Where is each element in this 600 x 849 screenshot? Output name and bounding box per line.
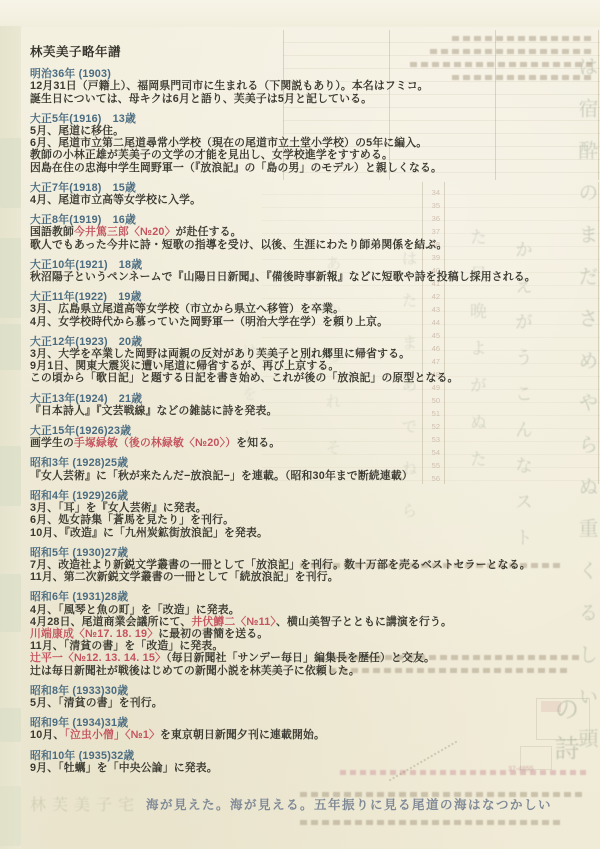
line-text: を知る。 <box>236 437 280 449</box>
line-text: 11月、「清貧の書」を「改造」に発表。 <box>30 640 223 652</box>
entry-line: 『女人芸術』に「秋が来たんだ−放浪記−」を連載。（昭和30年まで断続連載） <box>30 470 582 482</box>
edge-shade <box>0 446 21 506</box>
line-text: 6月、尾道市立第二尾道尋常小学校（現在の尾道市立土堂小学校）の5年に編入。 <box>30 137 427 149</box>
line-text: この頃から「歌日記」と題する日記を書き始め、これが後の「放浪記」の原型となる。 <box>30 372 458 384</box>
entry-line: 辻平一〈№12. 13. 14. 15〉（毎日新聞社「サンデー毎日」編集長を歴任… <box>30 652 582 664</box>
line-text: 辻は毎日新聞社が戦後はじめての新聞小説を林芙美子に依頼した。 <box>30 665 360 677</box>
show-through-table-line <box>598 30 599 180</box>
line-text: 4月、尾道市立高等女学校に入学。 <box>30 194 201 206</box>
entry-line: 辻は毎日新聞社が戦後はじめての新聞小説を林芙美子に依頼した。 <box>30 665 582 677</box>
entry-line: 4月28日、尾道商業会議所にて、井伏鱒二〈№11〉、横山美智子とともに講演を行う… <box>30 616 582 628</box>
entry-line: 11月、第二次新鋭文学叢書の一冊として「続放浪記」を刊行。 <box>30 571 582 583</box>
entry-line: 7月、改造社より新鋭文学叢書の一冊として「放浪記」を刊行。数十万部を売るベストセ… <box>30 559 582 571</box>
chronology-entry: 昭和3年 (1928)25歳『女人芸術』に「秋が来たんだ−放浪記−」を連載。（昭… <box>30 457 582 481</box>
entry-line: 川端康成〈№17. 18. 19〉に最初の書簡を送る。 <box>30 628 582 640</box>
entry-year-heading: 大正11年(1922) 19歳 <box>30 291 582 303</box>
chronology-entry: 大正10年(1921) 18歳秋沼陽子というペンネームで『山陽日日新聞』、『備後… <box>30 259 582 283</box>
entry-line: 11月、「清貧の書」を「改造」に発表。 <box>30 640 582 652</box>
edge-shade <box>0 708 21 742</box>
scan-edge-strip <box>0 26 21 849</box>
entry-year-heading: 大正10年(1921) 18歳 <box>30 259 582 271</box>
entry-year-heading: 昭和5年 (1930)27歳 <box>30 547 582 559</box>
chronology-entry: 大正8年(1919) 16歳国語教師今井篤三郎〈№20〉が赴任する。歌人でもあっ… <box>30 214 582 251</box>
line-text: 教師の小林正雄が芙美子の文学の才能を見出し、女学校進学をすすめる。 <box>30 149 393 161</box>
chronology-entry: 大正7年(1918) 15歳4月、尾道市立高等女学校に入学。 <box>30 182 582 206</box>
exhibit-reference: 辻平一〈№12. 13. 14. 15〉 <box>30 652 166 664</box>
line-text: 誕生日については、母キクは6月と語り、芙美子は5月と記している。 <box>30 93 372 105</box>
line-text: 9月、「牡蠣」を「中央公論」に発表。 <box>30 762 218 774</box>
entry-line: この頃から「歌日記」と題する日記を書き始め、これが後の「放浪記」の原型となる。 <box>30 372 582 384</box>
chronology-entry: 大正5年(1916) 13歳5月、尾道に移住。6月、尾道市立第二尾道尋常小学校（… <box>30 113 582 174</box>
entry-line: 10月、『改造』に「九州炭鉱街放浪記」を発表。 <box>30 527 582 539</box>
entry-year-heading: 大正12年(1923) 20歳 <box>30 336 582 348</box>
exhibit-reference: 手塚緑敏（後の林緑敏〈№20〉） <box>74 437 236 449</box>
entry-year-heading: 昭和9年 (1934)31歳 <box>30 717 582 729</box>
entry-year-heading: 大正7年(1918) 15歳 <box>30 182 582 194</box>
line-text: 6月、処女詩集「蒼馬を見たり」を刊行。 <box>30 514 234 526</box>
line-text: 10月、『改造』に「九州炭鉱街放浪記」を発表。 <box>30 527 268 539</box>
entry-line: 国語教師今井篤三郎〈№20〉が赴任する。 <box>30 226 582 238</box>
chronology-entry: 明治36年 (1903)12月31日（戸籍上）、福岡県門司市に生まれる（下関説も… <box>30 68 582 105</box>
entry-year-heading: 大正5年(1916) 13歳 <box>30 113 582 125</box>
chronology-entry: 昭和10年 (1935)32歳9月、「牡蠣」を「中央公論」に発表。 <box>30 750 582 774</box>
line-text: 5月、尾道に移住。 <box>30 125 124 137</box>
show-through-text-row <box>452 36 592 41</box>
entry-line: 『日本詩人』『文芸戦線』などの雑誌に詩を発表。 <box>30 405 582 417</box>
exhibit-reference: 「泣虫小僧」〈№1〉 <box>64 729 160 741</box>
entry-line: 誕生日については、母キクは6月と語り、芙美子は5月と記している。 <box>30 93 582 105</box>
line-text: 画学生の <box>30 437 74 449</box>
entry-line: 歌人でもあった今井に詩・短歌の指導を受け、以後、生涯にわたり師弟関係を結ぶ。 <box>30 239 582 251</box>
footer-caption: 海が見えた。海が見える。五年振りに見る尾道の海はなつかしい <box>146 795 552 813</box>
show-through-table-line <box>598 182 599 484</box>
line-text: 4月28日、尾道商業会議所にて、 <box>30 616 191 628</box>
line-text: 3月、広島県立尾道高等女学校（市立から県立へ移管）を卒業。 <box>30 303 344 315</box>
page-title: 林芙美子略年譜 <box>30 46 582 58</box>
entry-line: 4月、女学校時代から慕っていた岡野軍一（明治大学在学）を頼り上京。 <box>30 316 582 328</box>
exhibit-reference: 井伏鱒二〈№11〉 <box>191 616 276 628</box>
chronology-entry: 昭和8年 (1933)30歳5月、「清貧の書」を刊行。 <box>30 685 582 709</box>
edge-shade <box>0 238 21 318</box>
line-text: に最初の書簡を送る。 <box>158 628 268 640</box>
entry-line: 12月31日（戸籍上）、福岡県門司市に生まれる（下関説もあり）。本名はフミコ。 <box>30 80 582 92</box>
entry-line: 9月、「牡蠣」を「中央公論」に発表。 <box>30 762 582 774</box>
chronology-entry: 大正11年(1922) 19歳3月、広島県立尾道高等女学校（市立から県立へ移管）… <box>30 291 582 328</box>
line-text: 3月、大学を卒業した岡野は両親の反対があり芙美子と別れ郷里に帰省する。 <box>30 348 410 360</box>
document-page: 3435363738394041424344454647484950515253… <box>0 0 600 849</box>
chronology-entry: 昭和5年 (1930)27歳7月、改造社より新鋭文学叢書の一冊として「放浪記」を… <box>30 547 582 584</box>
line-text: 4月、女学校時代から慕っていた岡野軍一（明治大学在学）を頼り上京。 <box>30 316 388 328</box>
entry-line: 3月、広島県立尾道高等女学校（市立から県立へ移管）を卒業。 <box>30 303 582 315</box>
paper-top-band <box>0 0 600 27</box>
line-text: 因島在住の忠海中学生岡野軍一（『放浪記』の「島の男」のモデル）と親しくなる。 <box>30 162 442 174</box>
entry-line: 秋沼陽子というペンネームで『山陽日日新聞』、『備後時事新報』などに短歌や詩を投稿… <box>30 271 582 283</box>
chronology-entry: 大正15年(1926)23歳画学生の手塚緑敏（後の林緑敏〈№20〉）を知る。 <box>30 425 582 449</box>
edge-shade <box>0 574 21 632</box>
entry-year-heading: 大正13年(1924) 21歳 <box>30 393 582 405</box>
entry-year-heading: 大正8年(1919) 16歳 <box>30 214 582 226</box>
entry-line: 6月、処女詩集「蒼馬を見たり」を刊行。 <box>30 514 582 526</box>
entry-year-heading: 明治36年 (1903) <box>30 68 582 80</box>
line-text: 5月、「清貧の書」を刊行。 <box>30 697 163 709</box>
entry-line: 4月、尾道市立高等女学校に入学。 <box>30 194 582 206</box>
ghost-stamp-text: 林芙美子宅 <box>30 792 140 815</box>
edge-shade <box>0 324 21 370</box>
line-text: 11月、第二次新鋭文学叢書の一冊として「続放浪記」を刊行。 <box>30 571 339 583</box>
entry-line: 3月、大学を卒業した岡野は両親の反対があり芙美子と別れ郷里に帰省する。 <box>30 348 582 360</box>
line-text: 4月、「風琴と魚の町」を「改造」に発表。 <box>30 604 240 616</box>
line-text: 9月1日、関東大震災に遭い尾道に帰省するが、再び上京する。 <box>30 360 339 372</box>
entry-line: 5月、「清貧の書」を刊行。 <box>30 697 582 709</box>
line-text: 秋沼陽子というペンネームで『山陽日日新聞』、『備後時事新報』などに短歌や詩を投稿… <box>30 271 536 283</box>
line-text: 『女人芸術』に「秋が来たんだ−放浪記−」を連載。（昭和30年まで断続連載） <box>30 470 413 482</box>
entry-year-heading: 昭和8年 (1933)30歳 <box>30 685 582 697</box>
chronology-entry: 昭和9年 (1934)31歳10月、「泣虫小僧」〈№1〉を東京朝日新聞夕刊に連載… <box>30 717 582 741</box>
entry-year-heading: 昭和6年 (1931)28歳 <box>30 591 582 603</box>
line-text: 10月、 <box>30 729 64 741</box>
entry-line: 5月、尾道に移住。 <box>30 125 582 137</box>
entry-line: 10月、「泣虫小僧」〈№1〉を東京朝日新聞夕刊に連載開始。 <box>30 729 582 741</box>
line-text: 国語教師 <box>30 226 74 238</box>
exhibit-reference: 今井篤三郎〈№20〉 <box>74 226 176 238</box>
chronology-entry: 昭和6年 (1931)28歳4月、「風琴と魚の町」を「改造」に発表。4月28日、… <box>30 591 582 676</box>
entry-line: 因島在住の忠海中学生岡野軍一（『放浪記』の「島の男」のモデル）と親しくなる。 <box>30 162 582 174</box>
line-text: （毎日新聞社「サンデー毎日」編集長を歴任）と交友。 <box>166 652 435 664</box>
show-through-text-row <box>300 820 562 825</box>
entry-line: 教師の小林正雄が芙美子の文学の才能を見出し、女学校進学をすすめる。 <box>30 149 582 161</box>
edge-shade <box>0 786 21 846</box>
entry-line: 4月、「風琴と魚の町」を「改造」に発表。 <box>30 604 582 616</box>
line-text: 3月、「耳」を『女人芸術』に発表。 <box>30 502 207 514</box>
line-text: 12月31日（戸籍上）、福岡県門司市に生まれる（下関説もあり）。本名はフミコ。 <box>30 80 428 92</box>
chronology: 林芙美子略年譜 明治36年 (1903)12月31日（戸籍上）、福岡県門司市に生… <box>30 46 582 782</box>
entry-year-heading: 昭和10年 (1935)32歳 <box>30 750 582 762</box>
entry-line: 画学生の手塚緑敏（後の林緑敏〈№20〉）を知る。 <box>30 437 582 449</box>
line-text: 7月、改造社より新鋭文学叢書の一冊として「放浪記」を刊行。数十万部を売るベストセ… <box>30 559 531 571</box>
line-text: が赴任する。 <box>176 226 242 238</box>
entry-line: 3月、「耳」を『女人芸術』に発表。 <box>30 502 582 514</box>
entry-year-heading: 大正15年(1926)23歳 <box>30 425 582 437</box>
line-text: 歌人でもあった今井に詩・短歌の指導を受け、以後、生涯にわたり師弟関係を結ぶ。 <box>30 239 448 251</box>
line-text: 『日本詩人』『文芸戦線』などの雑誌に詩を発表。 <box>30 405 278 417</box>
entry-line: 6月、尾道市立第二尾道尋常小学校（現在の尾道市立土堂小学校）の5年に編入。 <box>30 137 582 149</box>
chronology-entry: 昭和4年 (1929)26歳3月、「耳」を『女人芸術』に発表。6月、処女詩集「蒼… <box>30 490 582 539</box>
exhibit-reference: 川端康成〈№17. 18. 19〉 <box>30 628 158 640</box>
entry-year-heading: 昭和4年 (1929)26歳 <box>30 490 582 502</box>
line-text: を東京朝日新聞夕刊に連載開始。 <box>160 729 325 741</box>
entry-line: 9月1日、関東大震災に遭い尾道に帰省するが、再び上京する。 <box>30 360 582 372</box>
chronology-entry: 大正13年(1924) 21歳『日本詩人』『文芸戦線』などの雑誌に詩を発表。 <box>30 393 582 417</box>
edge-shade <box>0 138 21 208</box>
chronology-entry: 大正12年(1923) 20歳3月、大学を卒業した岡野は両親の反対があり芙美子と… <box>30 336 582 385</box>
line-text: 、横山美智子とともに講演を行う。 <box>276 616 452 628</box>
entry-year-heading: 昭和3年 (1928)25歳 <box>30 457 582 469</box>
